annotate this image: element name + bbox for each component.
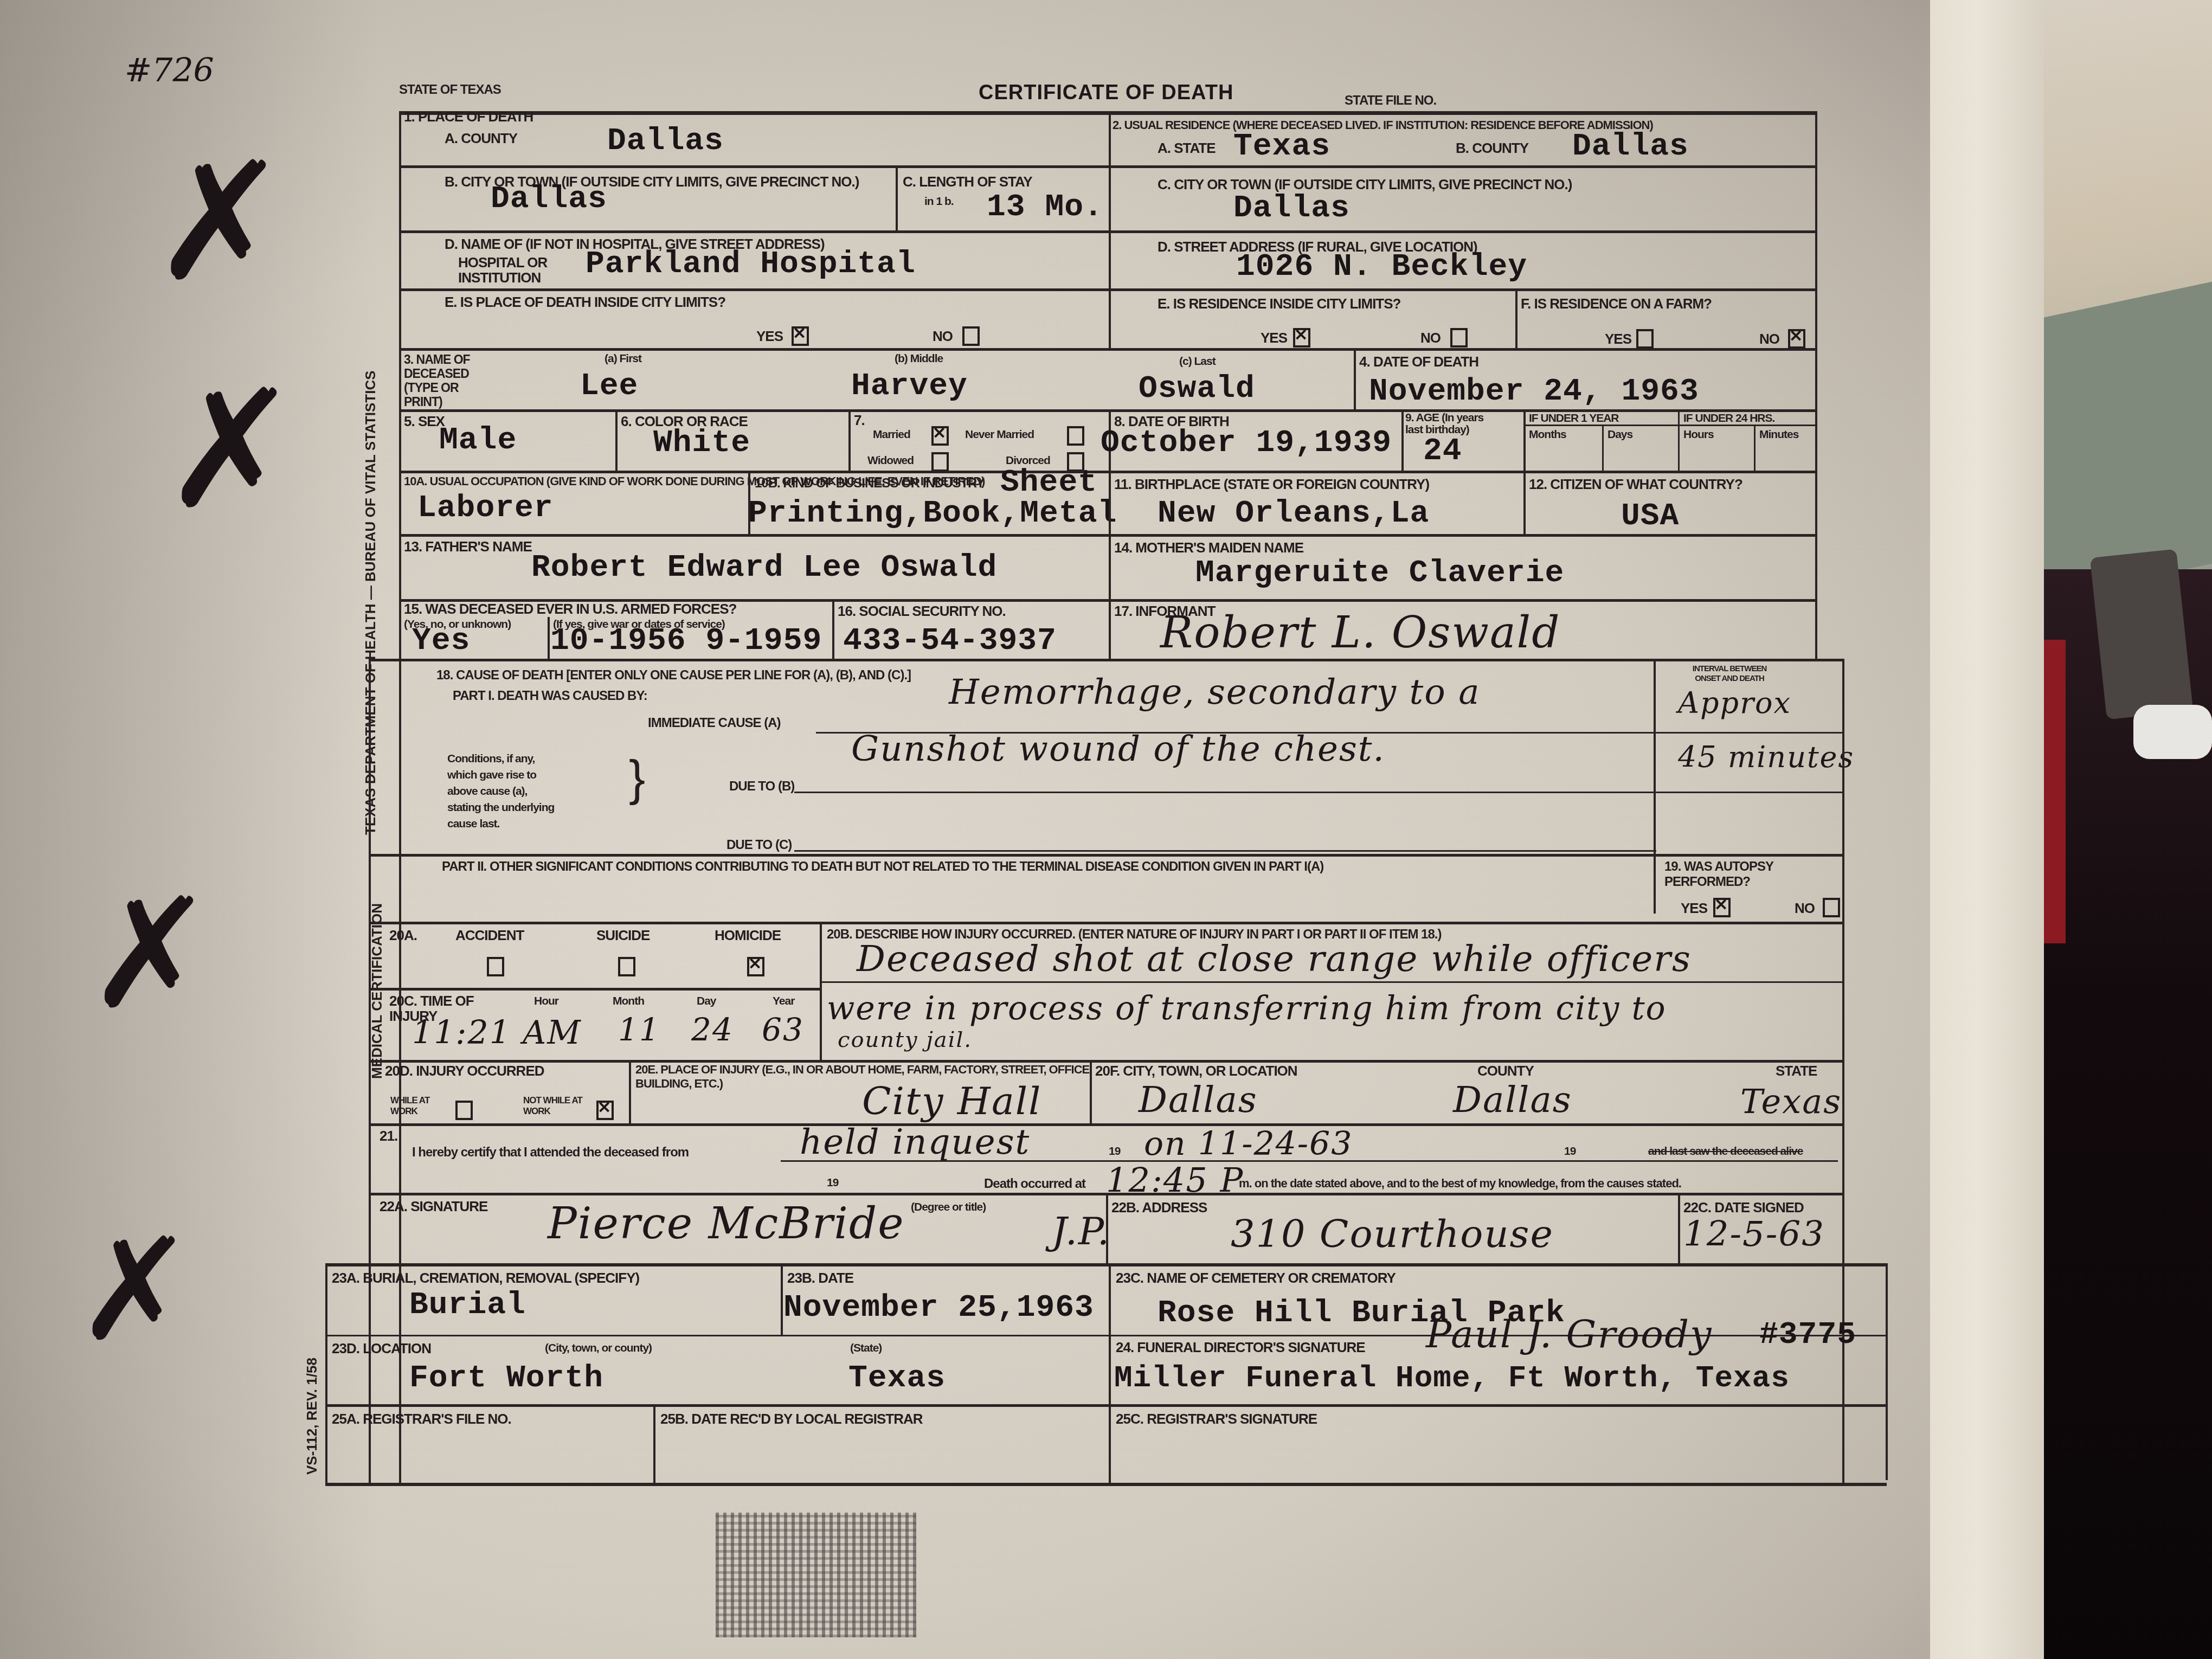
- cause-label: 18. CAUSE OF DEATH [Enter only one cause…: [436, 668, 911, 683]
- farm-label: f. IS RESIDENCE ON A FARM?: [1521, 295, 1712, 312]
- sex-value: Male: [439, 423, 517, 458]
- res-no-checkbox[interactable]: [1450, 328, 1468, 348]
- year-prefix-2: 19: [1564, 1145, 1576, 1158]
- burial-label: 23a. BURIAL, CREMATION, REMOVAL (Specify…: [332, 1270, 639, 1287]
- rule: [629, 1060, 631, 1125]
- widowed-label: Widowed: [867, 454, 914, 467]
- immediate-cause-value: Hemorrhage, secondary to a: [949, 672, 1480, 712]
- rule: [399, 230, 1817, 233]
- months-label: Months: [1529, 428, 1566, 441]
- due-to-b-label: DUE TO (b): [729, 779, 794, 794]
- business-value-line1: Sheet: [1000, 465, 1097, 500]
- attended-date: on 11-24-63: [1144, 1125, 1353, 1163]
- race-value: White: [653, 426, 750, 461]
- year-label: Year: [773, 995, 794, 1008]
- suicide-checkbox[interactable]: [618, 957, 635, 976]
- while-at-work-checkbox[interactable]: [455, 1101, 473, 1120]
- date-of-death-label: 4. DATE OF DEATH: [1359, 353, 1478, 370]
- date-signed-value: 12-5-63: [1683, 1214, 1825, 1255]
- armed-dates-value: 10-1956 9-1959: [550, 623, 822, 659]
- hour-value: 11:21 AM: [412, 1014, 582, 1052]
- pod-inside-limits-label: e. IS PLACE OF DEATH INSIDE CITY LIMITS?: [445, 294, 725, 311]
- injury-type-label: 20a.: [389, 927, 417, 944]
- date-of-death-value: November 24, 1963: [1369, 374, 1699, 409]
- cross-out-mark-icon: ✗: [163, 369, 299, 531]
- rule: [1523, 471, 1526, 536]
- pod-county-value: Dallas: [607, 124, 724, 159]
- rule: [848, 409, 851, 472]
- mother-value: Margeruite Claverie: [1195, 556, 1564, 591]
- never-married-label: Never Married: [965, 428, 1034, 441]
- place-of-death-label: 1. PLACE OF DEATH: [404, 108, 533, 125]
- rule: [369, 659, 371, 1483]
- armed-forces-value: Yes: [412, 623, 470, 659]
- autopsy-yes-checkbox[interactable]: [1713, 898, 1731, 917]
- widowed-checkbox[interactable]: [931, 452, 949, 472]
- res-city-label: c. CITY OR TOWN (If outside city limits,…: [1158, 176, 1572, 193]
- rule: [1354, 348, 1356, 410]
- injury-county-label: COUNTY: [1477, 1063, 1534, 1079]
- cross-out-mark-icon: ✗: [87, 878, 214, 1030]
- rule: [1401, 409, 1404, 472]
- stay-value: 13 Mo.: [987, 190, 1103, 225]
- rule: [1109, 534, 1111, 599]
- day-label: Day: [697, 995, 716, 1008]
- side-medical-label: MEDICAL CERTIFICATION: [369, 903, 385, 1079]
- sex-label: 5. SEX: [404, 413, 445, 430]
- funeral-director-signature: Paul J. Groody: [1426, 1312, 1713, 1356]
- month-value: 11: [618, 1011, 660, 1048]
- funeral-director-label: 24. FUNERAL DIRECTOR'S SIGNATURE: [1116, 1339, 1365, 1356]
- pod-no-label: NO: [933, 328, 953, 345]
- rule: [820, 981, 1842, 983]
- rule: [1842, 659, 1844, 1483]
- describe-injury-line3: county jail.: [838, 1027, 972, 1052]
- rule: [369, 1123, 1843, 1126]
- res-county-value: Dallas: [1572, 129, 1689, 164]
- rule: [832, 599, 834, 659]
- year-prefix-3: 19: [827, 1176, 838, 1189]
- form-revision: VS-112, REV. 1/58: [304, 1358, 320, 1475]
- cross-out-mark-icon: ✗: [76, 1220, 194, 1361]
- and-last-text: and last saw the deceased alive: [1648, 1145, 1803, 1158]
- hour-label: Hour: [534, 995, 558, 1008]
- age-label: 9. AGE (In years last birthday): [1405, 412, 1487, 436]
- location-state-label: (State): [850, 1342, 882, 1355]
- rule: [325, 1483, 1887, 1486]
- rule: [325, 1263, 327, 1486]
- hospital-label-2: HOSPITAL OR INSTITUTION: [458, 255, 550, 285]
- location-label: 23d. LOCATION: [332, 1340, 431, 1357]
- degree-label: (Degree or title): [911, 1201, 986, 1214]
- rule: [1109, 599, 1111, 659]
- injury-occurred-label: 20d. INJURY OCCURRED: [385, 1063, 544, 1079]
- res-city-value: Dallas: [1233, 191, 1350, 226]
- rule: [1523, 425, 1816, 426]
- informant-signature: Robert L. Oswald: [1160, 607, 1560, 658]
- rule: [369, 988, 820, 991]
- degree-value: J.P.: [1052, 1209, 1110, 1253]
- res-no-label: NO: [1420, 330, 1441, 346]
- hours-label: Hours: [1683, 428, 1714, 441]
- location-city-label: (City, town, or county): [545, 1342, 652, 1355]
- rule: [1678, 1193, 1680, 1263]
- rule: [399, 165, 1817, 168]
- age-value: 24: [1423, 434, 1462, 469]
- under-24-hrs-label: IF UNDER 24 HRS.: [1683, 412, 1774, 425]
- ssn-value: 433-54-3937: [843, 623, 1057, 659]
- part2-label: PART II. OTHER SIGNIFICANT CONDITIONS CO…: [442, 859, 1323, 874]
- year-prefix: 19: [1109, 1145, 1120, 1158]
- last-name-value: Oswald: [1139, 371, 1255, 407]
- farm-yes-checkbox[interactable]: [1636, 329, 1654, 349]
- funeral-home-value: Miller Funeral Home, Ft Worth, Texas: [1114, 1361, 1790, 1396]
- father-value: Robert Edward Lee Oswald: [531, 550, 997, 586]
- middle-name-value: Harvey: [851, 369, 968, 404]
- first-name-label: (a) First: [605, 352, 641, 365]
- location-state-value: Texas: [848, 1361, 946, 1396]
- rule: [1602, 425, 1604, 472]
- business-label: 10b. KIND OF BUSINESS OR INDUSTRY: [755, 476, 985, 491]
- rule: [548, 617, 550, 659]
- rule: [794, 850, 1656, 852]
- pod-no-checkbox[interactable]: [962, 326, 980, 346]
- not-while-at-work-label: NOT WHILE AT WORK: [523, 1095, 583, 1117]
- rule: [399, 348, 1817, 351]
- rule: [325, 1263, 1887, 1266]
- deceased-name-label: 3. NAME OF DECEASED (Type or print): [404, 352, 485, 409]
- minutes-label: Minutes: [1759, 428, 1798, 441]
- place-of-injury-value: City Hall: [862, 1079, 1041, 1123]
- farm-no-checkbox[interactable]: [1788, 329, 1805, 349]
- autopsy-no-label: NO: [1795, 900, 1815, 917]
- month-label: Month: [613, 995, 644, 1008]
- business-value-line2: Printing,Book,Metal: [748, 496, 1117, 531]
- middle-name-label: (b) Middle: [895, 352, 943, 365]
- rule: [369, 922, 1843, 924]
- death-occurred-text: Death occurred at: [984, 1176, 1085, 1192]
- res-inside-limits-label: e. IS RESIDENCE INSIDE CITY LIMITS?: [1158, 295, 1400, 312]
- injury-county-value: Dallas: [1453, 1079, 1572, 1121]
- days-label: Days: [1607, 428, 1632, 441]
- certifier-signature: Pierce McBride: [548, 1198, 904, 1249]
- rule: [1109, 471, 1111, 536]
- pod-city-value: Dallas: [491, 182, 607, 217]
- describe-injury-line2: were in process of transferring him from…: [827, 989, 1667, 1027]
- interval-label: INTERVAL BETWEEN ONSET AND DEATH: [1683, 664, 1776, 684]
- day-value: 24: [691, 1011, 734, 1048]
- rule: [1654, 659, 1656, 914]
- injury-state-label: STATE: [1776, 1063, 1817, 1079]
- res-state-value: Texas: [1233, 129, 1330, 164]
- interval-value-line1: Approx: [1678, 686, 1791, 720]
- rule: [369, 854, 1843, 857]
- pod-yes-label: YES: [756, 328, 783, 345]
- injury-state-value: Texas: [1740, 1082, 1842, 1121]
- injury-city-value: Dallas: [1139, 1079, 1258, 1121]
- rule: [781, 1263, 783, 1335]
- rule: [896, 165, 898, 233]
- autopsy-yes-label: YES: [1681, 900, 1707, 917]
- mother-label: 14. MOTHER'S MAIDEN NAME: [1114, 539, 1303, 556]
- attended-value: held inquest: [800, 1122, 1030, 1162]
- occupation-value: Laborer: [417, 491, 554, 526]
- burial-date-value: November 25,1963: [783, 1290, 1094, 1326]
- farm-yes-label: YES: [1605, 331, 1631, 348]
- rule: [1886, 1263, 1888, 1480]
- brace: }: [629, 751, 645, 807]
- armed-forces-label: 15. WAS DECEASED EVER IN U.S. ARMED FORC…: [404, 601, 736, 618]
- conditions-note: Conditions, if any, which gave rise to a…: [447, 751, 556, 832]
- married-label: Married: [873, 428, 910, 441]
- date-signed-label: 22c. DATE SIGNED: [1683, 1199, 1804, 1216]
- citizen-value: USA: [1621, 499, 1679, 534]
- rule: [399, 471, 1817, 473]
- location-city-value: Fort Worth: [409, 1361, 603, 1396]
- year-value: 63: [762, 1011, 804, 1048]
- burial-date-label: 23b. DATE: [787, 1270, 853, 1287]
- res-yes-checkbox[interactable]: [1293, 328, 1310, 348]
- margin-note: #726: [125, 52, 214, 89]
- rule: [399, 534, 1817, 537]
- registrar-signature-label: 25c. REGISTRAR'S SIGNATURE: [1116, 1411, 1317, 1427]
- first-name-value: Lee: [580, 369, 638, 404]
- stay-label: c. LENGTH OF STAY: [903, 173, 1032, 190]
- citizen-label: 12. CITIZEN OF WHAT COUNTRY?: [1529, 476, 1742, 493]
- accident-label: ACCIDENT: [455, 927, 524, 944]
- funeral-director-license: #3775: [1759, 1317, 1856, 1353]
- address-value: 310 Courthouse: [1231, 1212, 1554, 1256]
- homicide-checkbox[interactable]: [747, 957, 764, 976]
- birthplace-value: New Orleans,La: [1158, 496, 1429, 531]
- rule: [794, 792, 1656, 793]
- rule: [399, 111, 1817, 115]
- farm-no-label: NO: [1759, 331, 1779, 348]
- describe-injury-line1: Deceased shot at close range while offic…: [857, 938, 1692, 980]
- cross-out-mark-icon: ✗: [152, 141, 288, 304]
- while-at-work-label: WHILE AT WORK: [390, 1095, 439, 1117]
- interval-value-line2: 45 minutes: [1678, 740, 1854, 774]
- cemetery-label: 23c. NAME OF CEMETERY OR CREMATORY: [1116, 1270, 1396, 1287]
- not-while-at-work-checkbox[interactable]: [596, 1101, 614, 1120]
- suicide-label: SUICIDE: [596, 927, 650, 944]
- rule: [1109, 1263, 1111, 1486]
- autopsy-label: 19. WAS AUTOPSY PERFORMED?: [1664, 859, 1843, 890]
- hospital-value: Parkland Hospital: [586, 247, 916, 282]
- state-file-no-label: STATE FILE NO.: [1345, 93, 1436, 108]
- rule: [653, 1404, 655, 1484]
- marital-label: 7.: [854, 412, 865, 429]
- certification-num: 21.: [380, 1128, 397, 1144]
- burial-value: Burial: [409, 1288, 526, 1323]
- homicide-label: HOMICIDE: [715, 927, 781, 944]
- due-to-b-value: Gunshot wound of the chest.: [851, 729, 1385, 769]
- signature-label: 22a. SIGNATURE: [380, 1198, 487, 1215]
- dob-value: October 19,1939: [1101, 426, 1392, 461]
- accident-checkbox[interactable]: [487, 957, 504, 976]
- last-name-label: (c) Last: [1179, 355, 1216, 368]
- rule: [615, 409, 618, 472]
- injury-city-label: 20f. CITY, TOWN, OR LOCATION: [1095, 1063, 1297, 1079]
- rule: [1654, 732, 1843, 734]
- due-to-c-label: DUE TO (c): [726, 838, 792, 853]
- rule: [820, 922, 822, 1063]
- res-yes-label: YES: [1261, 330, 1287, 346]
- autopsy-no-checkbox[interactable]: [1823, 898, 1840, 917]
- death-certificate: #726 ✗ ✗ ✗ ✗ TEXAS DEPARTMENT OF HEALTH …: [0, 0, 2212, 1659]
- rule: [781, 1160, 1838, 1162]
- ink-stamp-mark: [716, 1513, 916, 1637]
- under-1-year-label: IF UNDER 1 YEAR: [1529, 412, 1618, 425]
- res-county-label: b. COUNTY: [1456, 140, 1528, 157]
- rule: [399, 288, 1817, 291]
- attended-text: I hereby certify that I attended the dec…: [412, 1145, 689, 1160]
- married-checkbox[interactable]: [931, 426, 949, 446]
- res-state-label: a. STATE: [1158, 140, 1216, 157]
- rule: [1678, 409, 1680, 472]
- state-heading: STATE OF TEXAS: [399, 82, 501, 98]
- certificate-title: CERTIFICATE OF DEATH: [979, 81, 1233, 105]
- rule: [1090, 1060, 1092, 1125]
- father-label: 13. FATHER'S NAME: [404, 538, 532, 555]
- rule: [1754, 425, 1756, 472]
- rule: [1523, 409, 1526, 472]
- registrar-date-label: 25b. DATE REC'D BY LOCAL REGISTRAR: [660, 1411, 923, 1427]
- immediate-cause-label: IMMEDIATE CAUSE (a): [648, 716, 781, 731]
- birthplace-label: 11. BIRTHPLACE (State or foreign country…: [1114, 476, 1429, 493]
- registrar-file-label: 25a. REGISTRAR'S FILE NO.: [332, 1411, 511, 1427]
- rule: [1654, 792, 1843, 793]
- rule: [325, 1404, 1887, 1407]
- certification-tail-text: m. on the date stated above, and to the …: [1239, 1176, 1681, 1191]
- ssn-label: 16. SOCIAL SECURITY NO.: [838, 603, 1006, 620]
- never-married-checkbox[interactable]: [1067, 426, 1084, 446]
- rule: [1515, 288, 1517, 351]
- street-value: 1026 N. Beckley: [1236, 249, 1527, 285]
- rule: [369, 659, 1843, 661]
- pod-county-label: a. COUNTY: [445, 130, 517, 147]
- pod-yes-checkbox[interactable]: [792, 326, 809, 346]
- rule: [1106, 1193, 1108, 1263]
- stay-sub-label: in 1 b.: [924, 195, 954, 208]
- rule: [1815, 111, 1817, 659]
- address-label: 22b. ADDRESS: [1111, 1199, 1207, 1216]
- part1-label: PART I. DEATH WAS CAUSED BY:: [453, 689, 647, 704]
